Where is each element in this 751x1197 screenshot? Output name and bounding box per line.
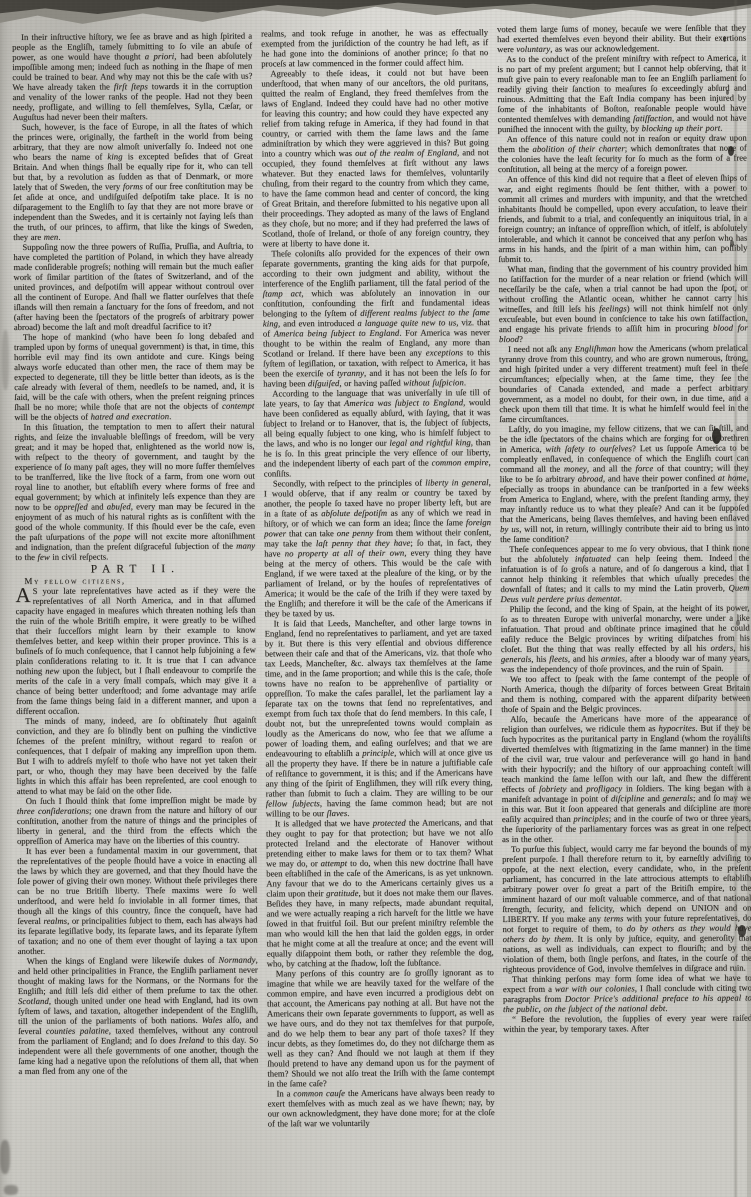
column-left-lower: AS your late repreſentatives have acted … [15,585,258,1076]
column-left-upper: In their inſtructive hiſtory, we ſee as … [12,31,255,562]
column-right: voted them large ſums of money, becauſe … [497,22,751,1128]
paragraph: Agreeably to theſe ideas, it could not b… [261,67,489,248]
margin-smudge [2,330,9,390]
fold-crease [733,0,738,1197]
paragraph: According to the language that was unive… [263,387,491,478]
article-body: In their inſtructive hiſtory, we ſee as … [12,22,751,1130]
margin-smudge [0,1140,10,1174]
paragraph: Laſtly, do you imagine, my fellow citize… [499,423,749,545]
paragraph: AS your late repreſentatives have acted … [15,585,256,716]
column-left: In their inſtructive hiſtory, we ſee as … [12,25,259,1130]
paragraph: To purſue this ſubject, would carry me f… [502,843,751,975]
paragraph: That thinking perſons may form ſome idea… [503,972,751,1014]
paragraph: Many perſons of this country are ſo groſ… [267,967,495,1088]
ink-blot [723,36,726,42]
ink-blot [738,925,746,937]
ink-blot [712,428,721,444]
paragraph: It is alledged that we have protected th… [266,817,494,968]
paragraph: Theſe coloniſts alſo provided for the ex… [262,247,490,388]
ink-blot [726,90,729,95]
paragraph: It has ever been a fundamental maxim in … [17,845,258,956]
paragraph: What man, finding that the government of… [498,263,747,345]
paragraph: On ſuch I ſhould think that ſome impreſſ… [17,795,257,846]
column-right-text: voted them large ſums of money, becauſe … [497,23,751,1035]
paragraph: An offence of this nature could not in r… [498,133,747,175]
paragraph: The hope of mankind (who have been ſo lo… [14,331,255,422]
paragraph: Alſo, becauſe the Americans have more of… [501,713,751,845]
paragraph: In a common cauſe the Americans have alw… [267,1087,494,1128]
ink-blot [730,240,734,247]
paragraph: realms, and took refuge in another, he w… [261,27,488,68]
drop-cap: A [15,586,32,604]
paragraph: I need not aſk any Engliſhman how the Am… [499,343,748,425]
paragraph: When the kings of England were likewiſe … [18,955,259,1076]
paragraph: It is ſaid that Leeds, Mancheſter, and o… [265,617,493,818]
paragraph: Philip the ſecond, and the king of Spain… [501,603,750,675]
paragraph: Suppoſing now the three powers of Ruſſia… [13,241,254,332]
paragraph: voted them large ſums of money, becauſe … [497,23,746,55]
paragraph: Theſe conſequences appear to me ſo very … [500,543,749,605]
pamphlet-page-scan: In their inſtructive hiſtory, we ſee as … [0,0,751,1197]
paragraph: We too affect to ſpeak with the ſame con… [501,673,750,715]
column-middle: realms, and took refuge in another, he w… [261,23,495,1128]
paragraph: The minds of many, indeed, are ſo obſtin… [16,715,256,796]
paragraph: Secondly, with reſpect to the principles… [264,477,492,618]
paragraph: As to the conduct of the preſent miniſtr… [497,53,746,135]
ink-blot [728,146,734,156]
part-heading: PART II. [15,564,255,575]
paragraph: Such, however, is the face of Europe, in… [13,121,254,242]
column-middle-text: realms, and took refuge in another, he w… [261,27,495,1128]
paragraph: “ Before the revolution, the ſupplies of… [503,1012,751,1034]
page-edge-shadow [747,0,751,1197]
paragraph: In this ſituation, the temptation to men… [14,421,255,562]
ink-blot [736,620,740,626]
margin-smudge [4,1185,18,1195]
paragraph: An offence of this kind did not require … [498,173,748,265]
paragraph: In their inſtructive hiſtory, we ſee as … [12,31,253,122]
